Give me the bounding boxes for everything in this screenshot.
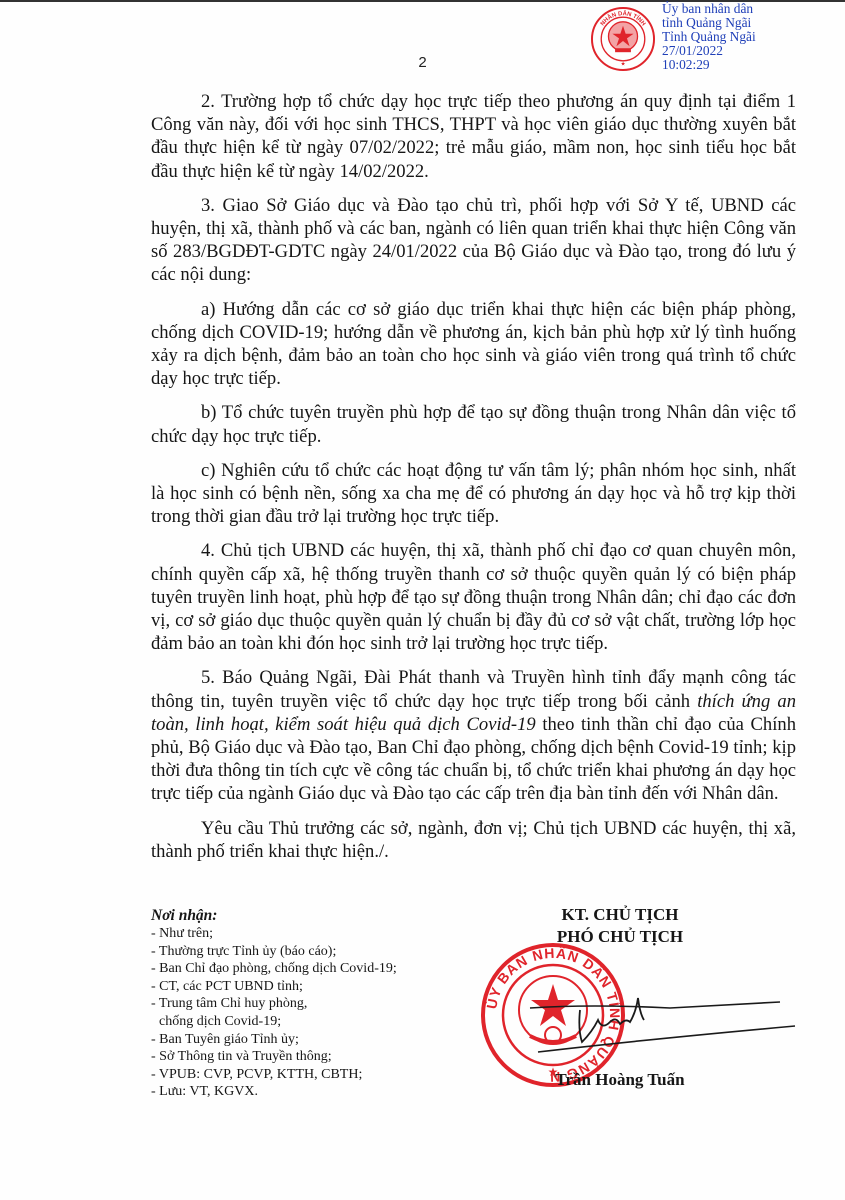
recipient-item: - Như trên; [151, 925, 471, 943]
recipient-item: - CT, các PCT UBND tỉnh; [151, 978, 471, 996]
paragraph-3c: c) Nghiên cứu tổ chức các hoạt động tư v… [151, 459, 796, 529]
paragraph-4: 4. Chủ tịch UBND các huyện, thị xã, thàn… [151, 539, 796, 655]
recipients-list: Nơi nhận: - Như trên; - Thường trực Tỉnh… [151, 906, 471, 1101]
paragraph-3a: a) Hướng dẫn các cơ sở giáo dục triển kh… [151, 298, 796, 391]
recipients-title: Nơi nhận: [151, 906, 471, 925]
signature-block: KT. CHỦ TỊCH PHÓ CHỦ TỊCH Trần Hoàng Tuấ… [470, 904, 770, 948]
handwritten-signature-icon [520, 990, 800, 1060]
document-page: ★ NHÂN DÂN TỈNH Ủy ban nhân dân tỉnh Quả… [0, 0, 845, 1200]
esig-line-agency: Ủy ban nhân dân [662, 2, 756, 16]
recipient-item: - Sở Thông tin và Truyền thông; [151, 1048, 471, 1066]
recipient-item: - Ban Tuyên giáo Tỉnh ủy; [151, 1031, 471, 1049]
recipient-item-continued: chống dịch Covid-19; [151, 1013, 471, 1031]
recipient-item: - Thường trực Tỉnh ủy (báo cáo); [151, 943, 471, 961]
recipient-item: - VPUB: CVP, PCVP, KTTH, CBTH; [151, 1066, 471, 1084]
paragraph-3b: b) Tổ chức tuyên truyền phù hợp để tạo s… [151, 401, 796, 447]
recipient-item: - Lưu: VT, KGVX. [151, 1083, 471, 1101]
paragraph-2: 2. Trường hợp tổ chức dạy học trực tiếp … [151, 90, 796, 183]
signer-role-line1: KT. CHỦ TỊCH [470, 904, 770, 926]
esig-line-location: Tỉnh Quảng Ngãi [662, 30, 756, 44]
esig-line-province: tỉnh Quảng Ngãi [662, 16, 756, 30]
paragraph-5: 5. Báo Quảng Ngãi, Đài Phát thanh và Tru… [151, 666, 796, 805]
recipient-item: - Ban Chỉ đạo phòng, chống dịch Covid-19… [151, 960, 471, 978]
signer-role-line2: PHÓ CHỦ TỊCH [470, 926, 770, 948]
signer-name: Trần Hoàng Tuấn [470, 1070, 770, 1090]
recipient-item: - Trung tâm Chỉ huy phòng, [151, 995, 471, 1013]
document-body: 2. Trường hợp tổ chức dạy học trực tiếp … [151, 90, 796, 874]
paragraph-3: 3. Giao Sở Giáo dục và Đào tạo chủ trì, … [151, 194, 796, 287]
closing-request: Yêu cầu Thủ trưởng các sở, ngành, đơn vị… [151, 817, 796, 863]
page-number: 2 [0, 54, 845, 71]
